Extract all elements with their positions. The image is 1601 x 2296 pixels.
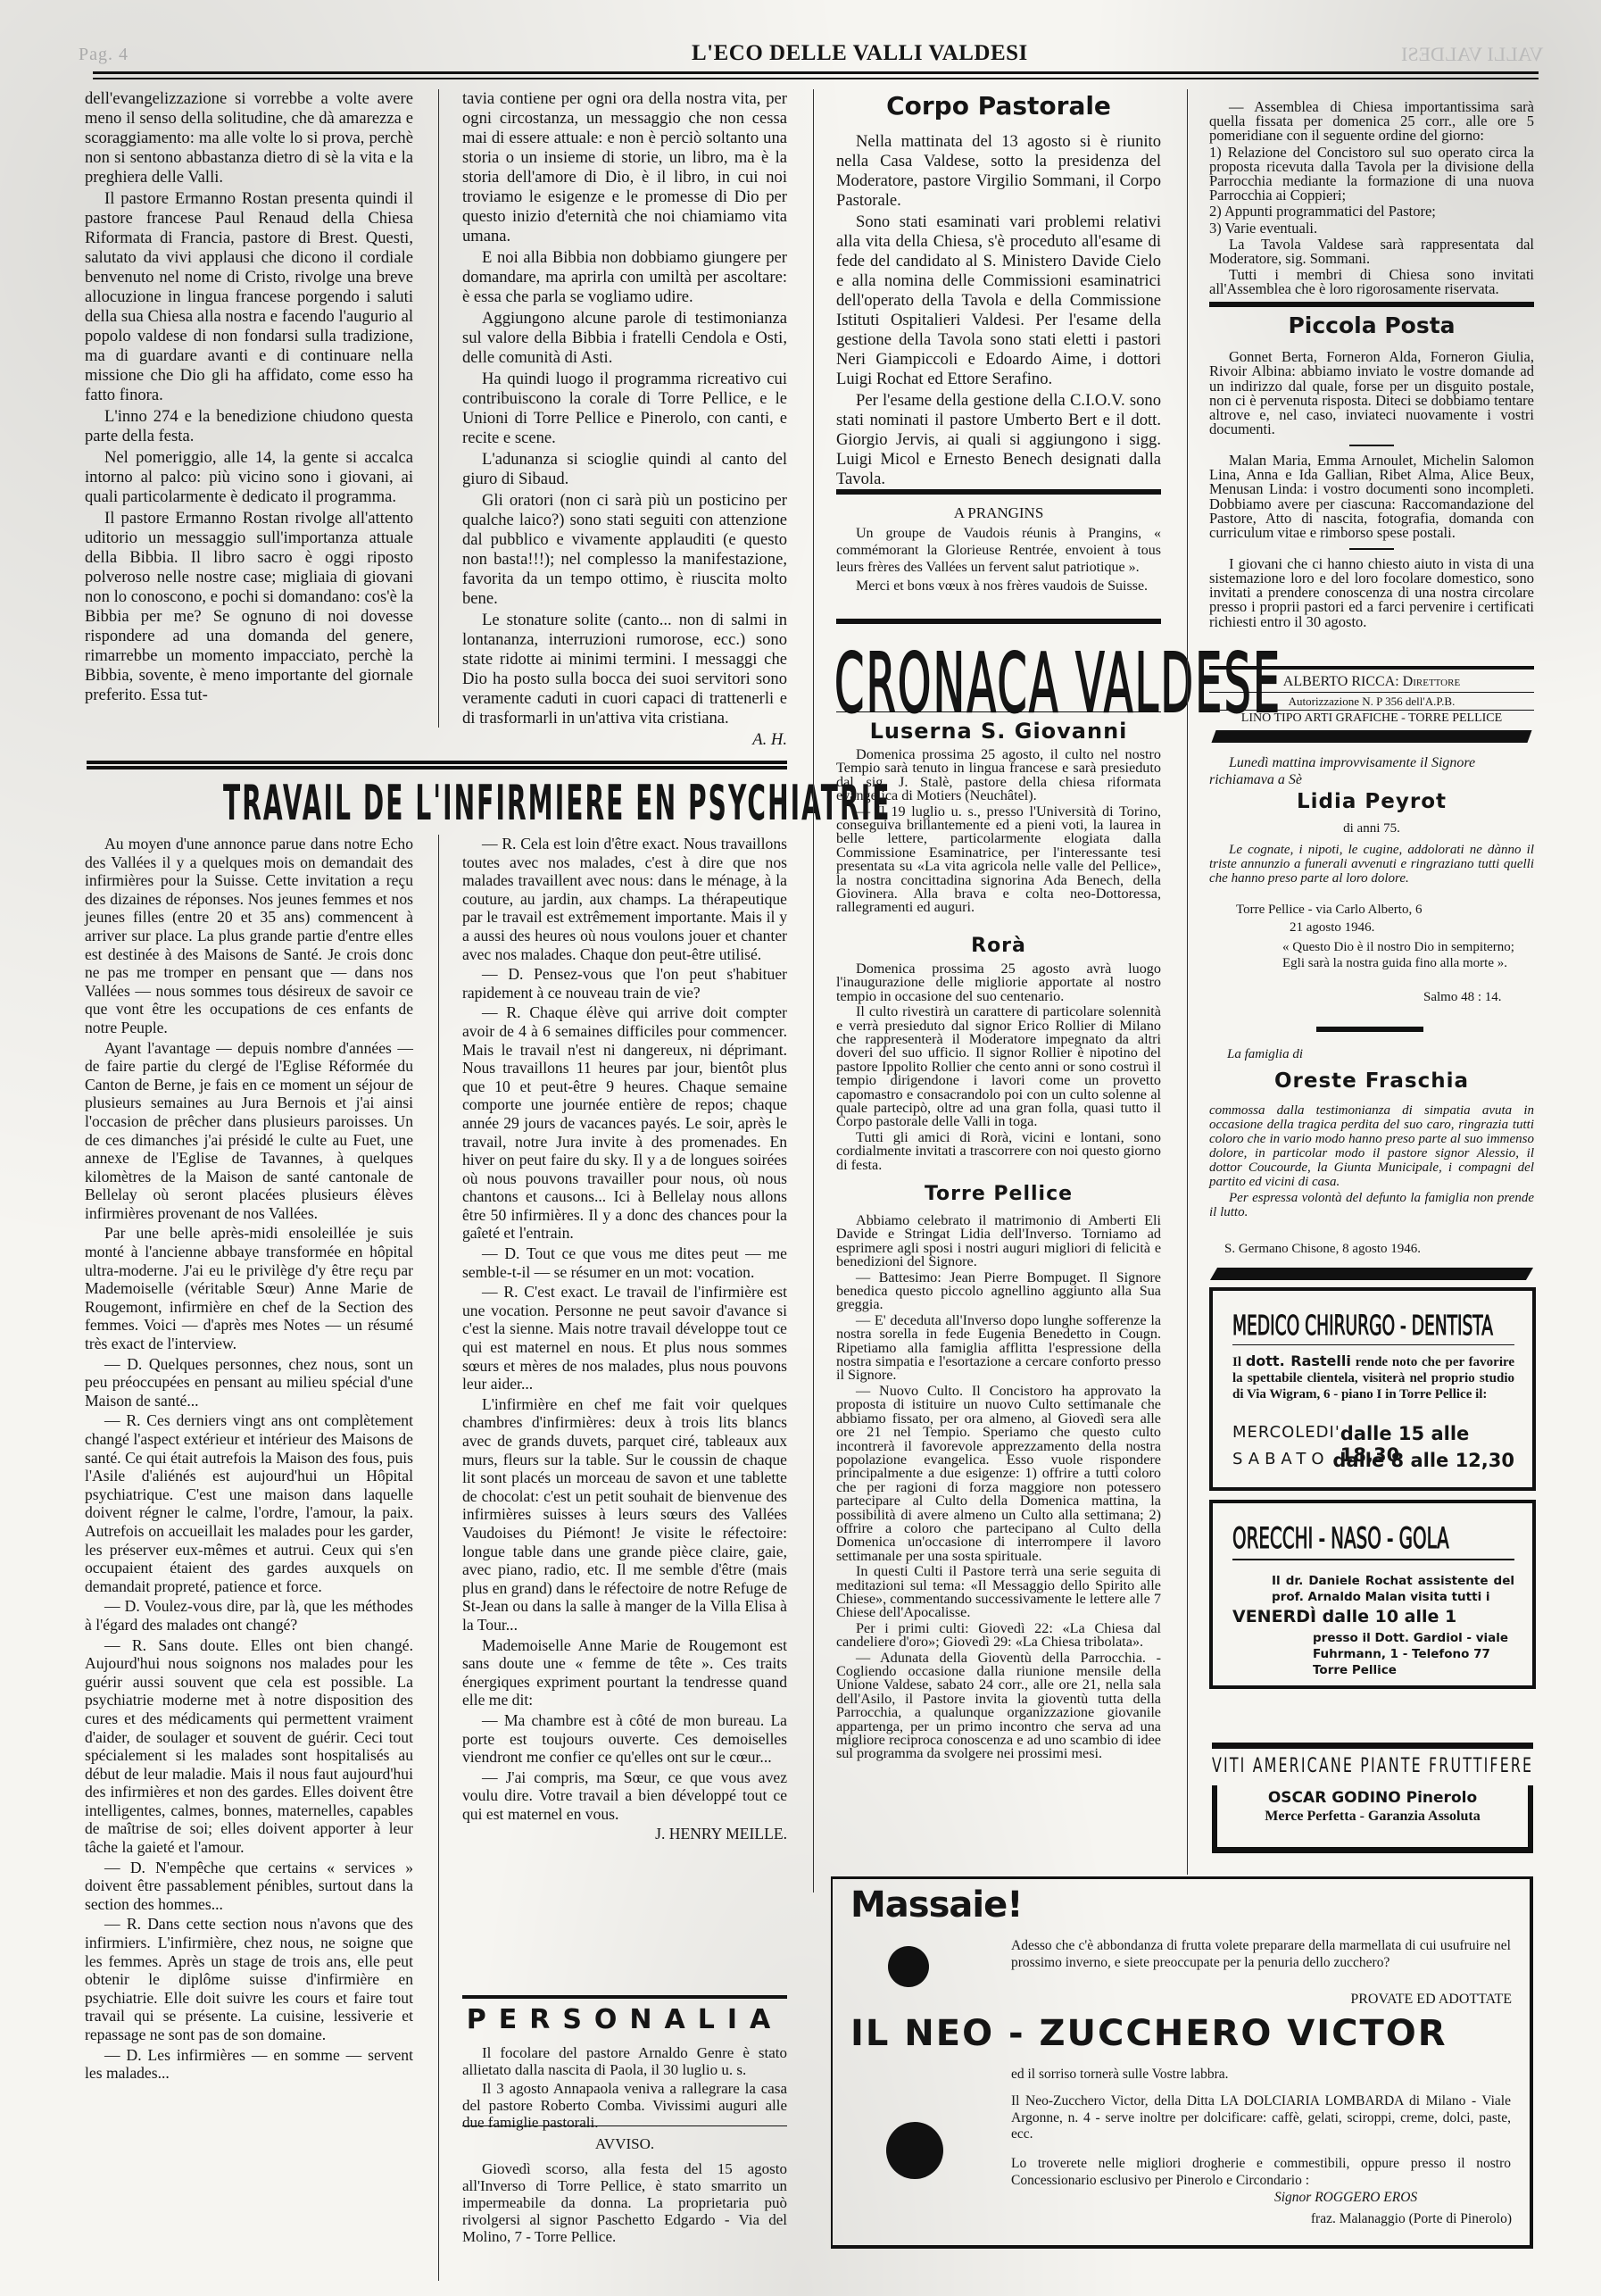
paragraph: — Assemblea di Chiesa importantissima sa… [1209,100,1534,144]
paragraph: — R. Ces derniers vingt ans ont complète… [85,1411,413,1595]
ad-orl: ORECCHI - NASO - GOLA Il dr. Daniele Roc… [1209,1500,1536,1689]
text-prefix: Il [1232,1355,1241,1369]
paragraph: Au moyen d'une annonce parue dans notre … [85,835,413,1037]
section-rule [87,761,787,769]
address-line: Fuhrmann, 1 - Telefono 77 [1313,1646,1508,1662]
paragraph: Il pastore Ermanno Rostan presenta quind… [85,189,413,405]
article-headline: TRAVAIL DE L'INFIRMIERE EN PSYCHIATRIE [223,775,892,831]
paragraph: Il culto rivestirà un carattere di parti… [836,1005,1161,1129]
paragraph: Gonnet Berta, Forneron Alda, Forneron Gi… [1209,350,1534,437]
paragraph: L'inno 274 e la benedizione chiudono que… [85,407,413,446]
obituary-name: Lidia Peyrot [1209,790,1534,813]
signature: A. H. [462,730,787,750]
paragraph: L'infirmière en chef me fait voir quelqu… [462,1395,787,1635]
paragraph: Ayant l'avantage — depuis nombre d'année… [85,1039,413,1223]
paragraph: Abbiamo celebrato il matrimonio di Amber… [836,1214,1161,1269]
paragraph: commossa dalla testimonianza di simpatia… [1209,1103,1534,1189]
obituary-verse-ref: Salmo 48 : 14. [1423,989,1502,1006]
paragraph: L'adunanza si scioglie quindi al canto d… [462,450,787,489]
divider [1212,1743,1533,1749]
divider [1232,1559,1514,1560]
bleedthrough-text: VALLI VALDESI [1401,43,1544,66]
paragraph: tavia contiene per ogni ora della nostra… [462,89,787,246]
ad-title: ORECCHI - NASO - GOLA [1232,1521,1449,1555]
paragraph: Giovedì scorso, alla festa del 15 agosto… [462,2160,787,2245]
column-divider [1187,89,1188,1875]
ad-highlight: VENERDÌ dalle 10 alle 1 [1232,1607,1456,1626]
obituary-text: commossa dalla testimonianza di simpatia… [1209,1103,1534,1221]
paragraph: — D. Les infirmières — en somme — serven… [85,2046,413,2083]
column-divider [438,89,439,728]
decorative-bar [1211,730,1531,743]
schedule-day: SABATO [1232,1450,1330,1471]
paragraph: Domenica prossima 25 agosto avrà luogo l… [836,962,1161,1003]
paragraph: Gli oratori (non ci sarà più un posticin… [462,491,787,609]
paragraph: — D. Pensez-vous que l'on peut s'habitue… [462,965,787,1002]
verse-line: « Questo Dio è il nostro Dio in sempiter… [1263,940,1530,954]
paragraph: — Nuovo Culto. Il Concistoro ha approvat… [836,1385,1161,1563]
luserna-body: Domenica prossima 25 agosto, il culto ne… [836,748,1161,917]
paragraph: — D. Tout ce que vous me dites peut — me… [462,1244,787,1281]
paragraph: Tutti i membri di Chiesa sono invitati a… [1209,268,1534,296]
column-divider [438,835,439,2281]
colophon-authorization: Autorizzazione N. P 356 dell'A.P.B. [1209,695,1534,709]
verse-line: Egli sarà la nostra guida fino alla mort… [1263,956,1530,970]
piccola-posta-title: Piccola Posta [1209,312,1534,338]
paragraph: Ha quindi luogo il programma ricreativo … [462,370,787,448]
section-rule [836,711,1161,712]
paragraph: In questi Culti il Pastore terrà una ser… [836,1565,1161,1620]
obituary-intro: Lunedì mattina improvvisamente il Signor… [1209,754,1534,788]
obituary-date: 21 agosto 1946. [1290,919,1513,936]
paragraph: I giovani che ci hanno chiesto aiuto in … [1209,557,1534,629]
agenda-item: 3) Varie eventuali. [1209,221,1534,236]
paragraph: dell'evangelizzazione si vorrebbe a volt… [85,89,413,187]
section-rule [836,619,1161,624]
divider [1349,445,1394,446]
header-rule [93,71,1539,79]
ad-viti: OSCAR GODINO Pinerolo Merce Perfetta - G… [1212,1785,1533,1853]
colophon-director: ALBERTO RICCA: Direttore [1209,674,1534,690]
paragraph: Le stonature solite (canto... non di sal… [462,611,787,728]
obituary-address: Torre Pellice - via Carlo Alberto, 6 [1236,902,1530,919]
corpo-pastorale-body: Nella mattinata del 13 agosto si è riuni… [836,132,1161,491]
paragraph: Aggiungono alcune parole di testimonianz… [462,309,787,368]
ad-tagline: Merce Perfetta - Garanzia Assoluta [1217,1809,1528,1825]
ad-cta: PROVATE ED ADOTTATE [1350,1992,1512,2008]
divider [1209,710,1534,711]
section-rule [1209,302,1534,307]
schedule-row: SABATO dalle 8 alle 12,30 [1232,1450,1514,1471]
paragraph: Il pastore Ermanno Rostan rivolge all'at… [85,509,413,705]
doctor-name: dott. Rastelli [1246,1352,1351,1369]
ad-viti-title: VITI AMERICANE PIANTE FRUTTIFERE [1212,1755,1533,1777]
obituary-age: di anni 75. [1209,821,1534,836]
newspaper-page: Pag. 4 L'ECO DELLE VALLI VALDESI VALLI V… [0,0,1601,2296]
ad-promise: ed il sorriso tornerà sulle Vostre labbr… [1011,2067,1229,2083]
paragraph: Un groupe de Vaudois réunis à Prangins, … [836,525,1161,576]
personalia-body: Il focolare del pastore Arnaldo Genre è … [462,2044,787,2133]
masthead-title: L'ECO DELLE VALLI VALDESI [692,41,1028,66]
bullet-dot-icon [888,1946,929,1987]
paragraph: Nella mattinata del 13 agosto si è riuni… [836,132,1161,211]
paragraph: Sono stati esaminati vari problemi relat… [836,212,1161,389]
travail-col2: — R. Cela est loin d'être exact. Nous tr… [462,835,787,1843]
paragraph: — D. Quelques personnes, chez nous, sont… [85,1355,413,1410]
schedule-hours: dalle 8 alle 12,30 [1332,1450,1514,1471]
paragraph: — D. N'empêche que certains « services »… [85,1859,413,1914]
section-rule [462,1995,787,1999]
ad-details: Il Neo-Zucchero Victor, della Ditta LA D… [1011,2093,1511,2143]
paragraph: — J'ai compris, ma Sœur, ce que vous ave… [462,1768,787,1824]
paragraph: La Tavola Valdese sarà rappresentata dal… [1209,237,1534,266]
paragraph: Per l'esame della gestione della C.I.O.V… [836,391,1161,489]
paragraph: Tutti gli amici di Rorà, vicini e lontan… [836,1131,1161,1172]
paragraph: — Ma chambre est à côté de mon bureau. L… [462,1711,787,1767]
festa-article-col1: dell'evangelizzazione si vorrebbe a volt… [85,89,413,707]
torre-pellice-title: Torre Pellice [836,1183,1161,1205]
address-line: Torre Pellice [1313,1662,1508,1678]
festa-article-col2: tavia contiene per ogni ora della nostra… [462,89,787,750]
torre-pellice-body: Abbiamo celebrato il matrimonio di Amber… [836,1214,1161,1763]
ad-dealer: Signor ROGGERO EROS [1274,2190,1417,2206]
divider [1316,1027,1423,1032]
ad-headline: Massaie! [850,1884,1023,1926]
paragraph: Le cognate, i nipoti, le cugine, addolor… [1209,843,1534,886]
ad-body: Il dott. Rastelli rende noto che per fav… [1232,1353,1514,1402]
assemblea-body: — Assemblea di Chiesa importantissima sa… [1209,100,1534,299]
paragraph: — R. Sans doute. Elles ont bien changé. … [85,1636,413,1857]
paragraph: — R. Chaque élève qui arrive doit compte… [462,1003,787,1243]
paragraph: Domenica prossima 25 agosto, il culto ne… [836,748,1161,803]
ad-body: Il dr. Daniele Rochat assistente del pro… [1272,1573,1514,1605]
personalia-title: PERSONALIA [462,2004,787,2035]
paragraph: — Adunata della Gioventù della Parrocchi… [836,1651,1161,1761]
column-divider [813,89,814,1893]
paragraph: — D. Voulez-vous dire, par là, que les m… [85,1597,413,1634]
paragraph: Par une belle après-midi ensoleillée je … [85,1224,413,1352]
paragraph: — Il 19 luglio u. s., presso l'Universit… [836,805,1161,915]
bullet-dot-icon [886,2122,943,2179]
section-rule [462,2125,787,2126]
agenda-item: 1) Relazione del Concistoro sul suo oper… [1209,146,1534,204]
paragraph: Il 3 agosto Annapaola veniva a rallegrar… [462,2080,787,2131]
obituary-place-date: S. Germano Chisone, 8 agosto 1946. [1224,1241,1421,1258]
rora-body: Domenica prossima 25 agosto avrà luogo l… [836,962,1161,1174]
ad-product: IL NEO - ZUCCHERO VICTOR [850,2013,1529,2054]
page-number: Pag. 4 [79,45,129,65]
ad-zucchero: Massaie! Adesso che c'è abbondanza di fr… [831,1876,1533,2249]
avviso-title: AVVISO. [462,2135,787,2153]
divider [1209,692,1534,693]
paragraph: — R. Dans cette section nous n'avons que… [85,1915,413,2043]
section-rule [1209,666,1534,670]
avviso-body: Giovedì scorso, alla festa del 15 agosto… [462,2160,787,2247]
travail-col1: Au moyen d'une annonce parue dans notre … [85,835,413,2084]
obituary-verse: « Questo Dio è il nostro Dio in sempiter… [1263,940,1530,972]
paragraph: Per espressa volontà del defunto la fami… [1209,1191,1534,1219]
divider [1349,548,1394,550]
address-line: presso il Dott. Gardiol - viale [1313,1630,1508,1646]
colophon-printer: LINO TIPO ARTI GRAFICHE - TORRE PELLICE [1209,711,1534,726]
paragraph: Merci et bons vœux à nos frères vaudois … [836,578,1161,595]
obituary-intro: La famiglia di [1227,1046,1303,1063]
rora-title: Rorà [836,935,1161,957]
ad-where: Lo troverete nelle migliori drogherie e … [1011,2156,1511,2189]
ad-dealer-address: fraz. Malanaggio (Porte di Pinerolo) [1311,2211,1512,2227]
paragraph: Nel pomeriggio, alle 14, la gente si acc… [85,448,413,507]
paragraph: Per i primi culti: Giovedì 22: «La Chies… [836,1622,1161,1650]
paragraph: — R. Cela est loin d'être exact. Nous tr… [462,835,787,963]
paragraph: Malan Maria, Emma Arnoulet, Michelin Sal… [1209,453,1534,541]
piccola-posta-body: Gonnet Berta, Forneron Alda, Forneron Gi… [1209,350,1534,631]
ad-address: presso il Dott. Gardiol - viale Fuhrmann… [1313,1630,1508,1678]
paragraph: Il focolare del pastore Arnaldo Genre è … [462,2044,787,2078]
obituary-name: Oreste Fraschia [1209,1069,1534,1093]
corpo-pastorale-title: Corpo Pastorale [836,91,1161,121]
paragraph: — Battesimo: Jean Pierre Bompuget. Il Si… [836,1271,1161,1312]
ad-title: MEDICO CHIRURGO - DENTISTA [1232,1310,1493,1342]
luserna-title: Luserna S. Giovanni [836,719,1161,744]
decorative-bar [1210,1268,1533,1280]
ad-intro: Adesso che c'è abbondanza di frutta vole… [1011,1938,1511,1971]
paragraph: — E' deceduta all'Inverso dopo lunghe so… [836,1314,1161,1383]
ad-dentista: MEDICO CHIRURGO - DENTISTA Il dott. Rast… [1209,1287,1536,1491]
section-rule [836,489,1161,495]
signature: J. HENRY MEILLE. [462,1825,787,1843]
paragraph: E noi alla Bibbia non dobbiamo giungere … [462,248,787,307]
ad-name: OSCAR GODINO Pinerolo [1217,1789,1528,1807]
paragraph: — R. C'est exact. Le travail de l'infirm… [462,1283,787,1393]
prangins-body: Un groupe de Vaudois réunis à Prangins, … [836,525,1161,596]
obituary-text: Le cognate, i nipoti, le cugine, addolor… [1209,843,1534,887]
prangins-title: A PRANGINS [836,504,1161,522]
divider [1232,1344,1514,1345]
agenda-item: 2) Appunti programmatici del Pastore; [1209,204,1534,219]
paragraph: Mademoiselle Anne Marie de Rougemont est… [462,1636,787,1710]
